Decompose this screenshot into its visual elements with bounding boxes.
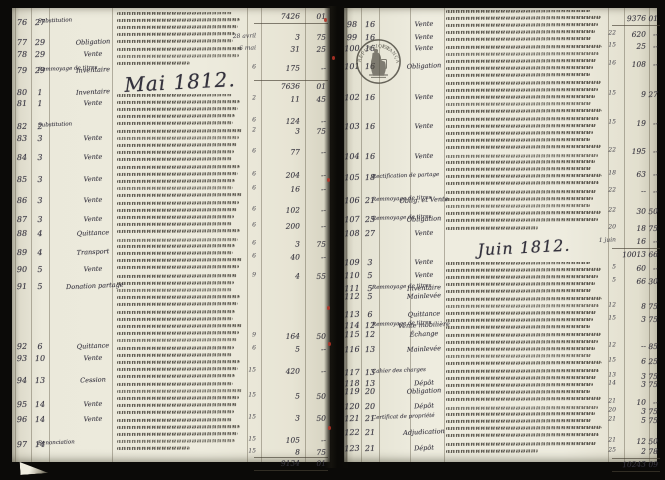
fee-row: 6200-- <box>12 222 330 233</box>
fee-francs: 77 <box>260 147 300 157</box>
fee-row: 677-- <box>12 148 330 159</box>
fee-centimes: 75 <box>646 224 658 233</box>
sum-rule <box>254 80 328 81</box>
fee-centimes: -- <box>646 187 658 196</box>
fee-francs: 204 <box>260 170 300 180</box>
sum-rule <box>254 470 328 471</box>
fee-centimes: 50 <box>646 437 658 446</box>
handwriting-line <box>446 73 590 77</box>
fee-row: 560-- <box>344 264 657 275</box>
fee-row: 1863-- <box>344 170 657 181</box>
fee-date: 6 mai <box>220 44 256 52</box>
fee-francs: 620 <box>618 30 646 40</box>
fee-date: 20 <box>580 223 616 231</box>
fee-row: 9455 <box>12 272 330 283</box>
fee-francs: 2 <box>618 447 646 457</box>
fee-row: 65-- <box>12 345 330 356</box>
fee-date: 15 <box>580 356 616 364</box>
fee-date: 6 <box>220 344 256 352</box>
fee-date: 21 <box>580 415 616 423</box>
handwriting-line <box>117 317 233 321</box>
fee-francs: 40 <box>260 252 300 262</box>
fee-centimes: 75 <box>646 315 658 324</box>
fee-francs: 11 <box>260 94 300 104</box>
fee-date: 5 <box>580 276 616 284</box>
fee-francs: 200 <box>260 221 300 231</box>
fee-row: 2375 <box>12 127 330 138</box>
fee-date: 15 <box>220 391 256 399</box>
register-page-right: Juin 1812. RÉPUBLIQUE FRANÇAISE 9816Vent… <box>344 8 657 462</box>
fee-date: 15 <box>580 118 616 126</box>
fee-date: 2 <box>220 126 256 134</box>
fee-centimes: 75 <box>646 416 658 425</box>
fee-francs: 12 <box>618 437 646 447</box>
fee-date: 15 <box>580 41 616 49</box>
fee-date: 15 <box>580 314 616 322</box>
fee-francs: 3 <box>260 413 300 423</box>
fee-date: 22 <box>580 206 616 214</box>
scanned-register-spread: Mai 1812. 7627Substitution7729Obligation… <box>0 0 665 480</box>
red-ink-speck <box>327 178 330 182</box>
fee-date: 12 <box>580 341 616 349</box>
fee-date: 16 <box>580 59 616 67</box>
entry-nature: Vente <box>66 195 120 205</box>
fee-francs: 195 <box>618 147 646 157</box>
fee-centimes: -- <box>646 42 658 51</box>
fee-date: 6 <box>220 170 256 178</box>
fee-francs: 420 <box>260 366 300 376</box>
fee-centimes: 75 <box>646 302 658 311</box>
fee-francs: 4 <box>260 271 300 281</box>
fee-row-carry: 742601 <box>12 12 330 23</box>
red-ink-speck <box>324 18 327 22</box>
entry-nature: Échange <box>396 329 452 339</box>
fee-row-total: 913401 <box>12 459 330 470</box>
fee-francs: 16 <box>618 237 646 247</box>
republique-francaise-stamp: RÉPUBLIQUE FRANÇAISE <box>355 38 402 85</box>
fee-centimes: 78 <box>646 447 658 456</box>
fee-date: 22 <box>580 29 616 37</box>
fee-row: 21575 <box>344 416 657 427</box>
entry-jour: 3 <box>32 196 48 206</box>
fee-francs: 102 <box>260 205 300 215</box>
fee-centimes: 09 <box>646 460 658 469</box>
fee-row: 6375 <box>12 240 330 251</box>
fee-date: 15 <box>220 435 256 443</box>
handwriting-line <box>117 310 235 314</box>
red-ink-speck <box>332 56 335 60</box>
fee-row: 223050 <box>344 207 657 218</box>
fee-row: 201875 <box>344 224 657 235</box>
fee-francs: 5 <box>260 391 300 401</box>
fee-row: 28 avril375 <box>12 33 330 44</box>
stamp-seated-figure-icon <box>369 49 388 78</box>
fee-date: 14 <box>580 379 616 387</box>
fee-francs: 6 <box>618 357 646 367</box>
fee-centimes: -- <box>646 30 658 39</box>
fee-date: 21 <box>580 436 616 444</box>
fee-date: 22 <box>580 186 616 194</box>
fee-francs: 3 <box>260 126 300 136</box>
fee-centimes: -- <box>646 264 658 273</box>
fee-date: 20 <box>580 406 616 414</box>
handwriting-line <box>117 302 238 306</box>
fee-francs: 5 <box>260 344 300 354</box>
entry-jour: 12 <box>362 330 378 340</box>
fee-francs: 30 <box>618 207 646 217</box>
fee-centimes: 01 <box>646 14 658 23</box>
fee-date: 28 avril <box>220 32 256 40</box>
fee-centimes: -- <box>646 119 658 128</box>
red-ink-speck <box>328 426 331 430</box>
fee-row: 25278 <box>344 447 657 458</box>
fee-date: 6 <box>220 116 256 124</box>
fee-date: 15 <box>220 447 256 455</box>
fee-francs: 10013 <box>618 250 646 260</box>
fee-date: 6 <box>220 239 256 247</box>
fee-centimes: 25 <box>646 357 658 366</box>
fee-francs: 124 <box>260 116 300 126</box>
fee-row: 15375 <box>344 315 657 326</box>
fee-francs: 9134 <box>260 458 300 468</box>
handwriting-line <box>446 10 590 13</box>
fee-francs: 8 <box>260 447 300 457</box>
fee-francs: 108 <box>618 60 646 70</box>
fee-row: 15350 <box>12 414 330 425</box>
handwriting-line <box>446 138 590 142</box>
fee-centimes: -- <box>646 147 658 156</box>
handwriting-line <box>117 165 240 169</box>
sum-rule <box>612 248 660 249</box>
fee-row: 640-- <box>12 253 330 264</box>
fee-centimes: -- <box>646 170 658 179</box>
fee-francs: 19 <box>618 119 646 129</box>
fee-row: 6102-- <box>12 206 330 217</box>
fee-centimes: 75 <box>646 407 658 416</box>
handwriting-line <box>446 81 601 85</box>
fee-row: 916450 <box>12 332 330 343</box>
fee-date: 15 <box>220 366 256 374</box>
fee-centimes: 30 <box>646 277 658 286</box>
fee-centimes: -- <box>646 60 658 69</box>
fee-row: 56630 <box>344 277 657 288</box>
fee-francs: 60 <box>618 264 646 274</box>
fee-francs: 66 <box>618 277 646 287</box>
fee-francs: 164 <box>260 331 300 341</box>
entry-jour: 5 <box>32 282 48 292</box>
fee-row: 22---- <box>344 187 657 198</box>
fee-date: 6 <box>220 147 256 155</box>
fee-francs: 8 <box>618 302 646 312</box>
entry-jour: 5 <box>362 292 378 302</box>
fee-francs: 63 <box>618 170 646 180</box>
fee-francs: -- <box>618 342 646 352</box>
fee-date: 22 <box>580 146 616 154</box>
fee-row: 616-- <box>12 185 330 196</box>
fee-date: 9 <box>220 331 256 339</box>
fee-francs: 9376 <box>618 14 646 24</box>
fee-francs: 7426 <box>260 11 300 21</box>
fee-row: 12--85 <box>344 342 657 353</box>
fee-row: 15420-- <box>12 367 330 378</box>
entry-jour: 21 <box>362 428 378 438</box>
fee-row: 21145 <box>12 95 330 106</box>
fee-date: 6 <box>220 252 256 260</box>
fee-francs: 175 <box>260 63 300 73</box>
sum-rule <box>612 25 660 26</box>
fee-date: 15 <box>580 89 616 97</box>
red-ink-speck <box>328 342 331 346</box>
sum-rule <box>612 458 660 459</box>
fee-date: 18 <box>580 169 616 177</box>
fee-row: 6204-- <box>12 171 330 182</box>
fee-centimes: -- <box>646 237 658 246</box>
entry-nature: Mainlevée <box>396 291 452 301</box>
fee-date: 6 <box>220 205 256 213</box>
fee-francs: 105 <box>260 435 300 445</box>
fee-row: 15927 <box>344 90 657 101</box>
handwriting-line <box>446 109 602 113</box>
fee-centimes: -- <box>646 398 658 407</box>
fee-date: 9 <box>220 271 256 279</box>
fee-row: 15550 <box>12 392 330 403</box>
fee-date: 6 <box>220 184 256 192</box>
fee-francs: 18 <box>618 224 646 234</box>
fee-row: 15105-- <box>12 436 330 447</box>
binding-gutter <box>324 6 348 468</box>
fee-francs: 3 <box>618 315 646 325</box>
fee-row: 12875 <box>344 302 657 313</box>
fee-row: 15625 <box>344 357 657 368</box>
fee-row: 1519-- <box>344 119 657 130</box>
fee-francs: 3 <box>260 32 300 42</box>
entry-nature: Adjudication <box>396 427 452 437</box>
fee-date: 25 <box>580 446 616 454</box>
fee-row-carry: 937601 <box>344 14 657 25</box>
register-entry: 915Donation partage <box>12 282 330 293</box>
fee-francs: 5 <box>618 416 646 426</box>
fee-date: 5 <box>580 263 616 271</box>
fee-centimes: 66 <box>646 250 658 259</box>
fee-francs: 7636 <box>260 81 300 91</box>
register-entry: 11512Échange <box>344 330 657 341</box>
fee-francs: 3 <box>618 380 646 390</box>
entry-numero: 91 <box>14 282 30 292</box>
fee-centimes: 27 <box>646 90 658 99</box>
entry-numero: 86 <box>14 196 30 206</box>
fee-date: 6 <box>220 221 256 229</box>
fee-francs: 9 <box>618 90 646 100</box>
register-page-left: Mai 1812. 7627Substitution7729Obligation… <box>12 8 330 462</box>
fee-centimes: 50 <box>646 207 658 216</box>
sum-rule <box>612 471 660 472</box>
fee-row: 22195-- <box>344 147 657 158</box>
fee-francs: 3 <box>260 239 300 249</box>
handwriting-line <box>117 324 242 328</box>
sum-rule <box>254 23 328 24</box>
fee-date: 13 <box>580 371 616 379</box>
fee-date: 2 <box>220 94 256 102</box>
fee-date: 21 <box>580 397 616 405</box>
red-ink-speck <box>327 306 330 310</box>
fee-date: 15 <box>220 413 256 421</box>
fee-date: 12 <box>580 301 616 309</box>
fee-centimes: 85 <box>646 342 658 351</box>
sum-rule <box>254 457 328 458</box>
fee-francs: 31 <box>260 44 300 54</box>
fee-row: 6 mai3125 <box>12 45 330 56</box>
fee-row-total: 1024309 <box>344 460 657 471</box>
fee-francs: 16 <box>260 184 300 194</box>
fee-francs: 25 <box>618 42 646 52</box>
fee-francs: -- <box>618 187 646 197</box>
fee-francs: 10243 <box>618 460 646 470</box>
fee-row: 14375 <box>344 380 657 391</box>
handwriting-line <box>117 295 240 299</box>
fee-centimes: 75 <box>646 380 658 389</box>
